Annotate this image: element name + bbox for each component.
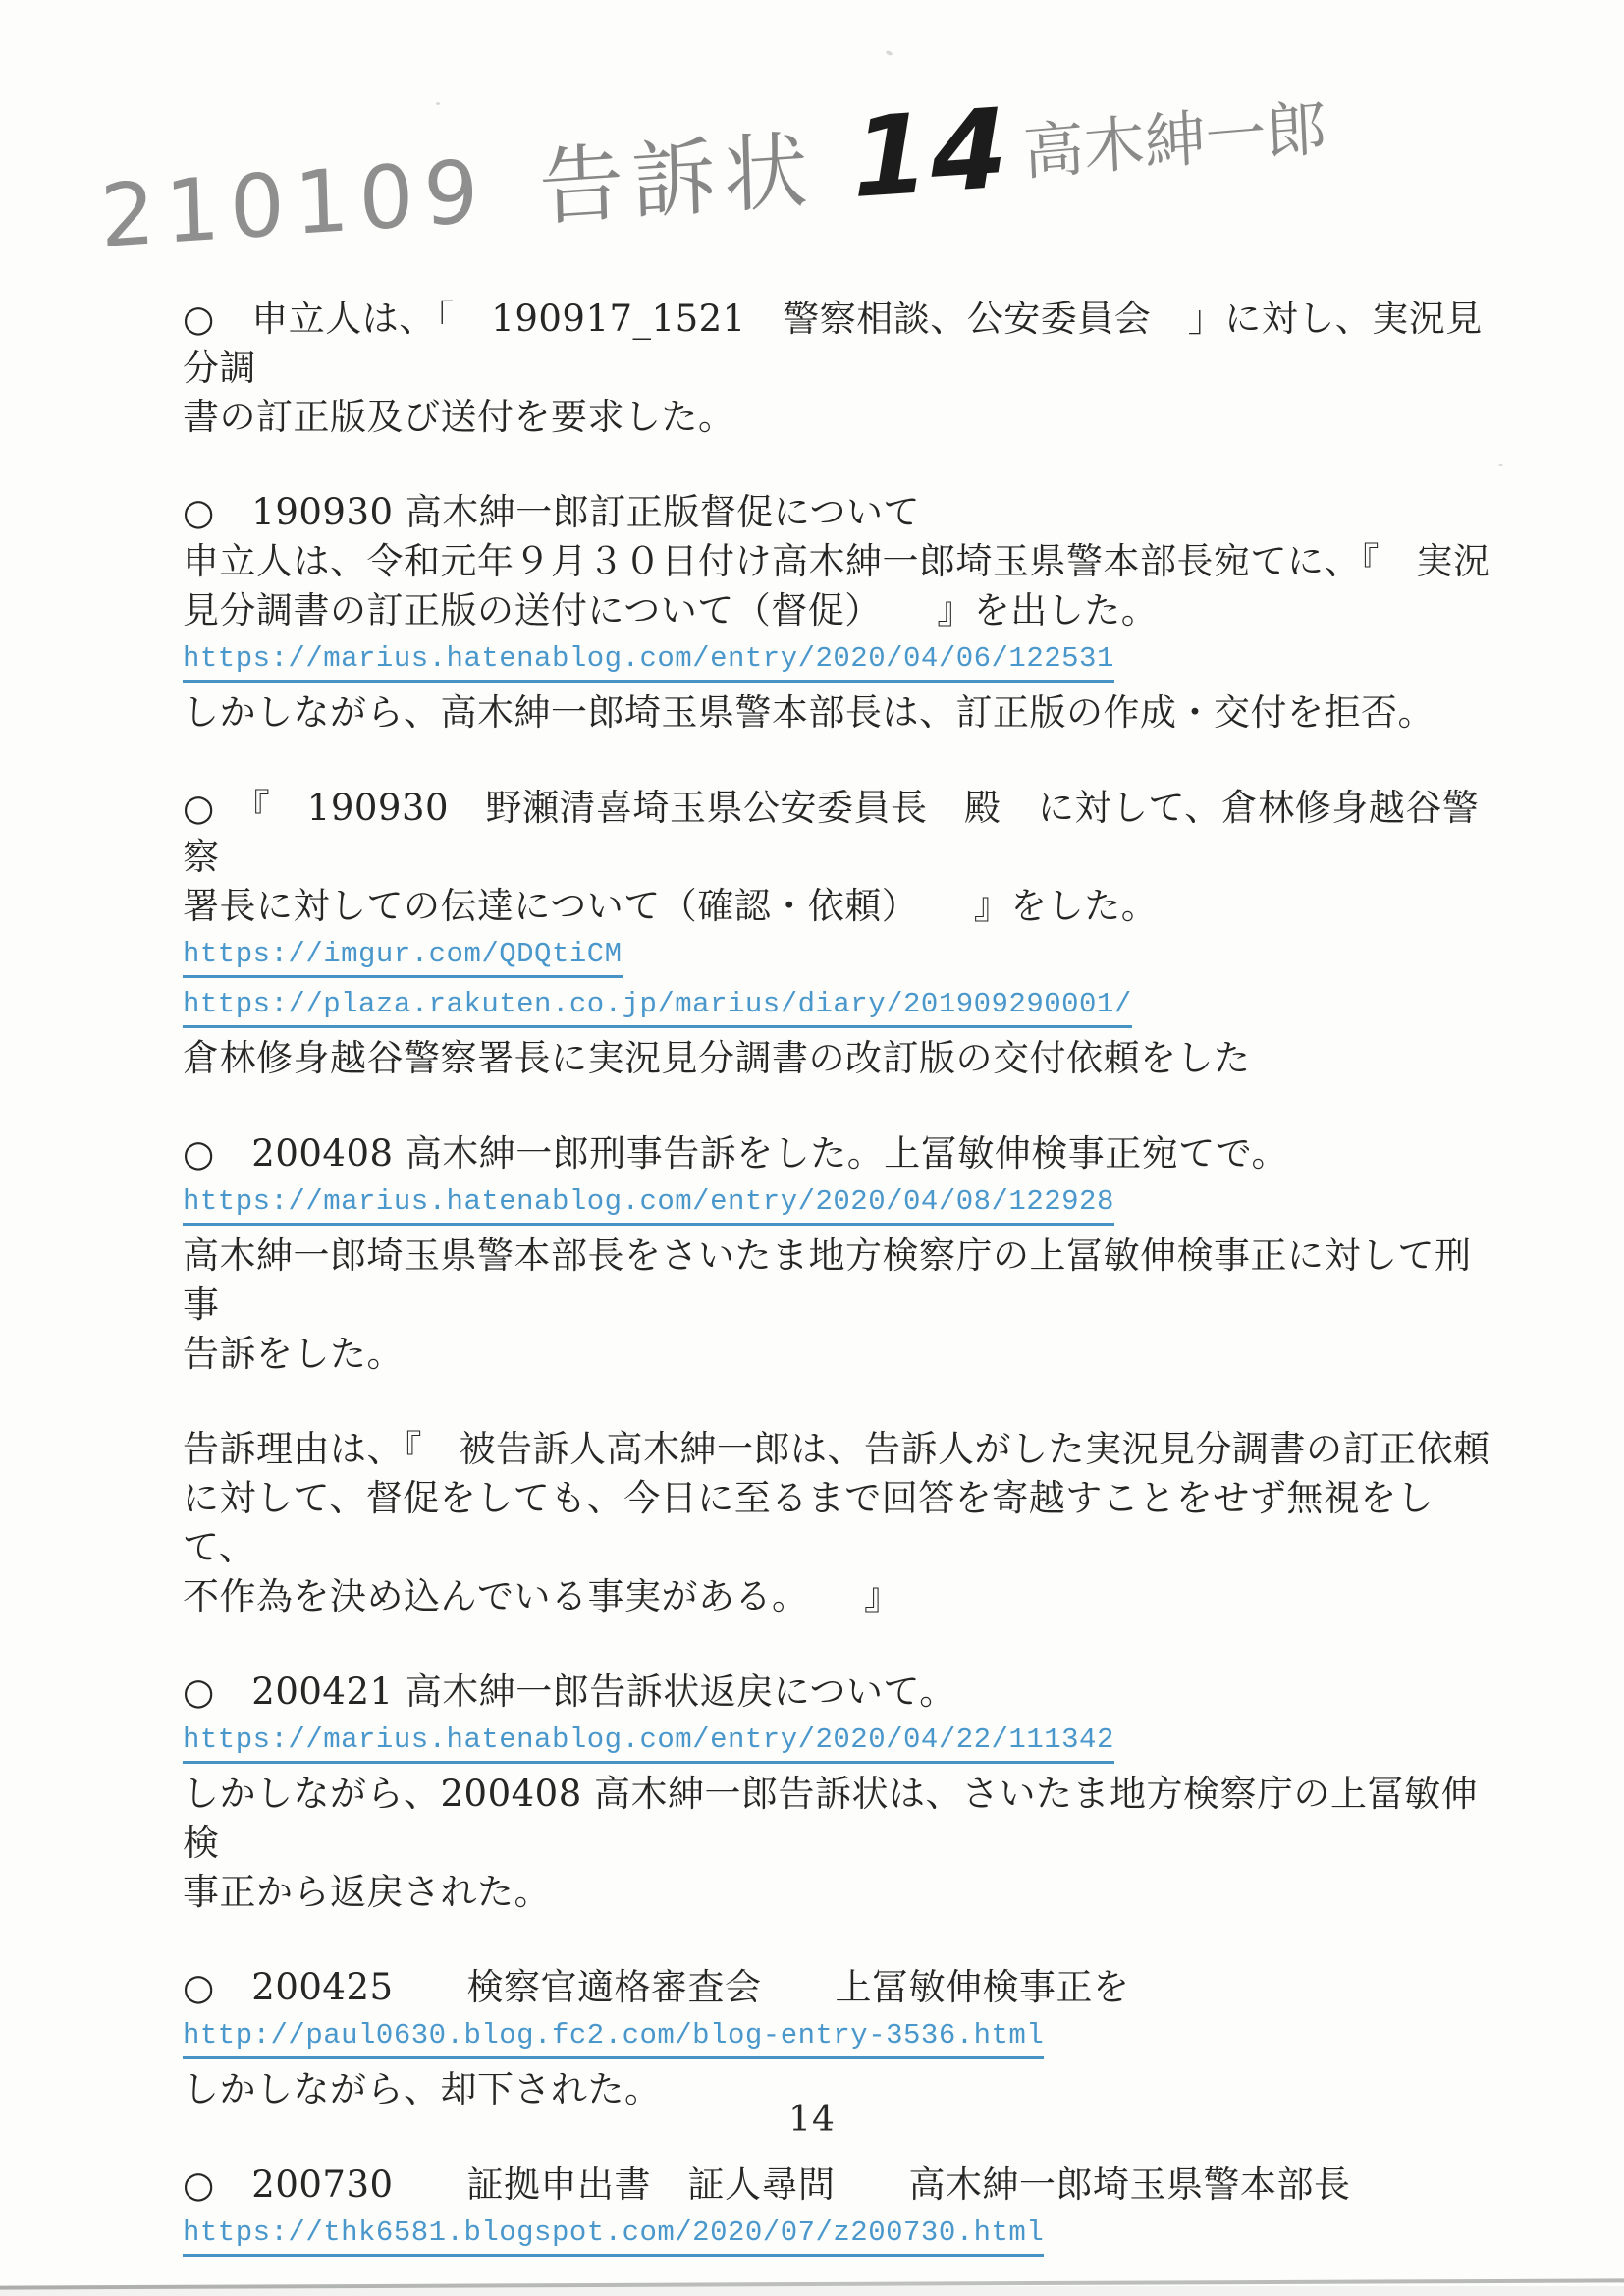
section-petition-request: ○ 申立人は、「 190917_1521 警察相談、公安委員会 」に対し、実況見… (183, 295, 1504, 442)
document-body: ○ 申立人は、「 190917_1521 警察相談、公安委員会 」に対し、実況見… (183, 295, 1504, 2296)
paragraph-200421-return: ○ 200421 高木紳一郎告訴状返戻について。 (183, 1667, 1504, 1717)
section-200730-evidence: ○ 200730 証拠申出書 証人尋問 高木紳一郎埼玉県警本部長 https:/… (183, 2160, 1504, 2257)
section-200421-return: ○ 200421 高木紳一郎告訴状返戻について。 https://marius.… (183, 1667, 1504, 1917)
paragraph-200421-detail: しかしながら、200408 高木紳一郎告訴状は、さいたま地方検察庁の上冨敏伸検 … (183, 1770, 1504, 1917)
paragraph-petition-request: ○ 申立人は、「 190917_1521 警察相談、公安委員会 」に対し、実況見… (183, 295, 1504, 442)
paragraph-accusation-reason: 告訴理由は、『 被告訴人高木紳一郎は、告訴人がした実況見分調書の訂正依頼 に対し… (183, 1425, 1504, 1621)
scan-speck (436, 102, 440, 105)
paragraph-200730-evidence: ○ 200730 証拠申出書 証人尋問 高木紳一郎埼玉県警本部長 (183, 2160, 1504, 2210)
link-fc2-blog[interactable]: http://paul0630.blog.fc2.com/blog-entry-… (183, 2015, 1044, 2059)
page-number: 14 (0, 2100, 1624, 2140)
section-190930-commission: ○ 『 190930 野瀬清喜埼玉県公安委員長 殿 に対して、倉林修身越谷警察 … (183, 784, 1504, 1083)
scanned-document-page: 210109 告訴状 14 高木紳一郎 ○ 申立人は、「 190917_1521… (0, 0, 1624, 2296)
link-rakuten-diary[interactable]: https://plaza.rakuten.co.jp/marius/diary… (183, 984, 1132, 1028)
section-190930-reminder: ○ 190930 高木紳一郎訂正版督促について 申立人は、令和元年９月３０日付け… (183, 488, 1504, 738)
paragraph-200425-review: ○ 200425 検察官適格審査会 上冨敏伸検事正を (183, 1963, 1504, 2012)
section-200425-review: ○ 200425 検察官適格審査会 上冨敏伸検事正を http://paul06… (183, 1963, 1504, 2114)
link-hatenablog-20200406[interactable]: https://marius.hatenablog.com/entry/2020… (183, 638, 1114, 683)
paragraph-190930-refusal: しかしながら、高木紳一郎埼玉県警本部長は、訂正版の作成・交付を拒否。 (183, 688, 1504, 738)
scan-speck (885, 50, 893, 57)
paragraph-190930-commission: ○ 『 190930 野瀬清喜埼玉県公安委員長 殿 に対して、倉林修身越谷警察 … (183, 784, 1504, 931)
paragraph-200408-accusation: ○ 200408 高木紳一郎刑事告訴をした。上冨敏伸検事正宛てで。 (183, 1129, 1504, 1178)
handwritten-doc-title: 告訴状 (537, 102, 817, 243)
link-imgur[interactable]: https://imgur.com/QDQtiCM (183, 934, 623, 978)
link-hatenablog-20200408[interactable]: https://marius.hatenablog.com/entry/2020… (183, 1181, 1114, 1226)
paragraph-200408-detail: 高木紳一郎埼玉県警本部長をさいたま地方検察庁の上冨敏伸検事正に対して刑事 告訴を… (183, 1231, 1504, 1379)
paragraph-kurabayashi-request: 倉林修身越谷警察署長に実況見分調書の改訂版の交付依頼をした (183, 1034, 1504, 1083)
handwritten-page-number: 14 (850, 84, 1011, 223)
link-hatenablog-20200422[interactable]: https://marius.hatenablog.com/entry/2020… (183, 1720, 1114, 1764)
link-blogspot-200730[interactable]: https://thk6581.blogspot.com/2020/07/z20… (183, 2213, 1044, 2257)
handwritten-annotation: 210109 告訴状 14 高木紳一郎 (98, 66, 1297, 273)
handwritten-name: 高木紳一郎 (1021, 79, 1328, 191)
scan-speck (1498, 464, 1503, 466)
handwritten-date: 210109 (99, 140, 490, 267)
paragraph-190930-reminder: ○ 190930 高木紳一郎訂正版督促について 申立人は、令和元年９月３０日付け… (183, 488, 1504, 635)
section-200408-accusation: ○ 200408 高木紳一郎刑事告訴をした。上冨敏伸検事正宛てで。 https:… (183, 1129, 1504, 1379)
section-accusation-reason: 告訴理由は、『 被告訴人高木紳一郎は、告訴人がした実況見分調書の訂正依頼 に対し… (183, 1425, 1504, 1621)
